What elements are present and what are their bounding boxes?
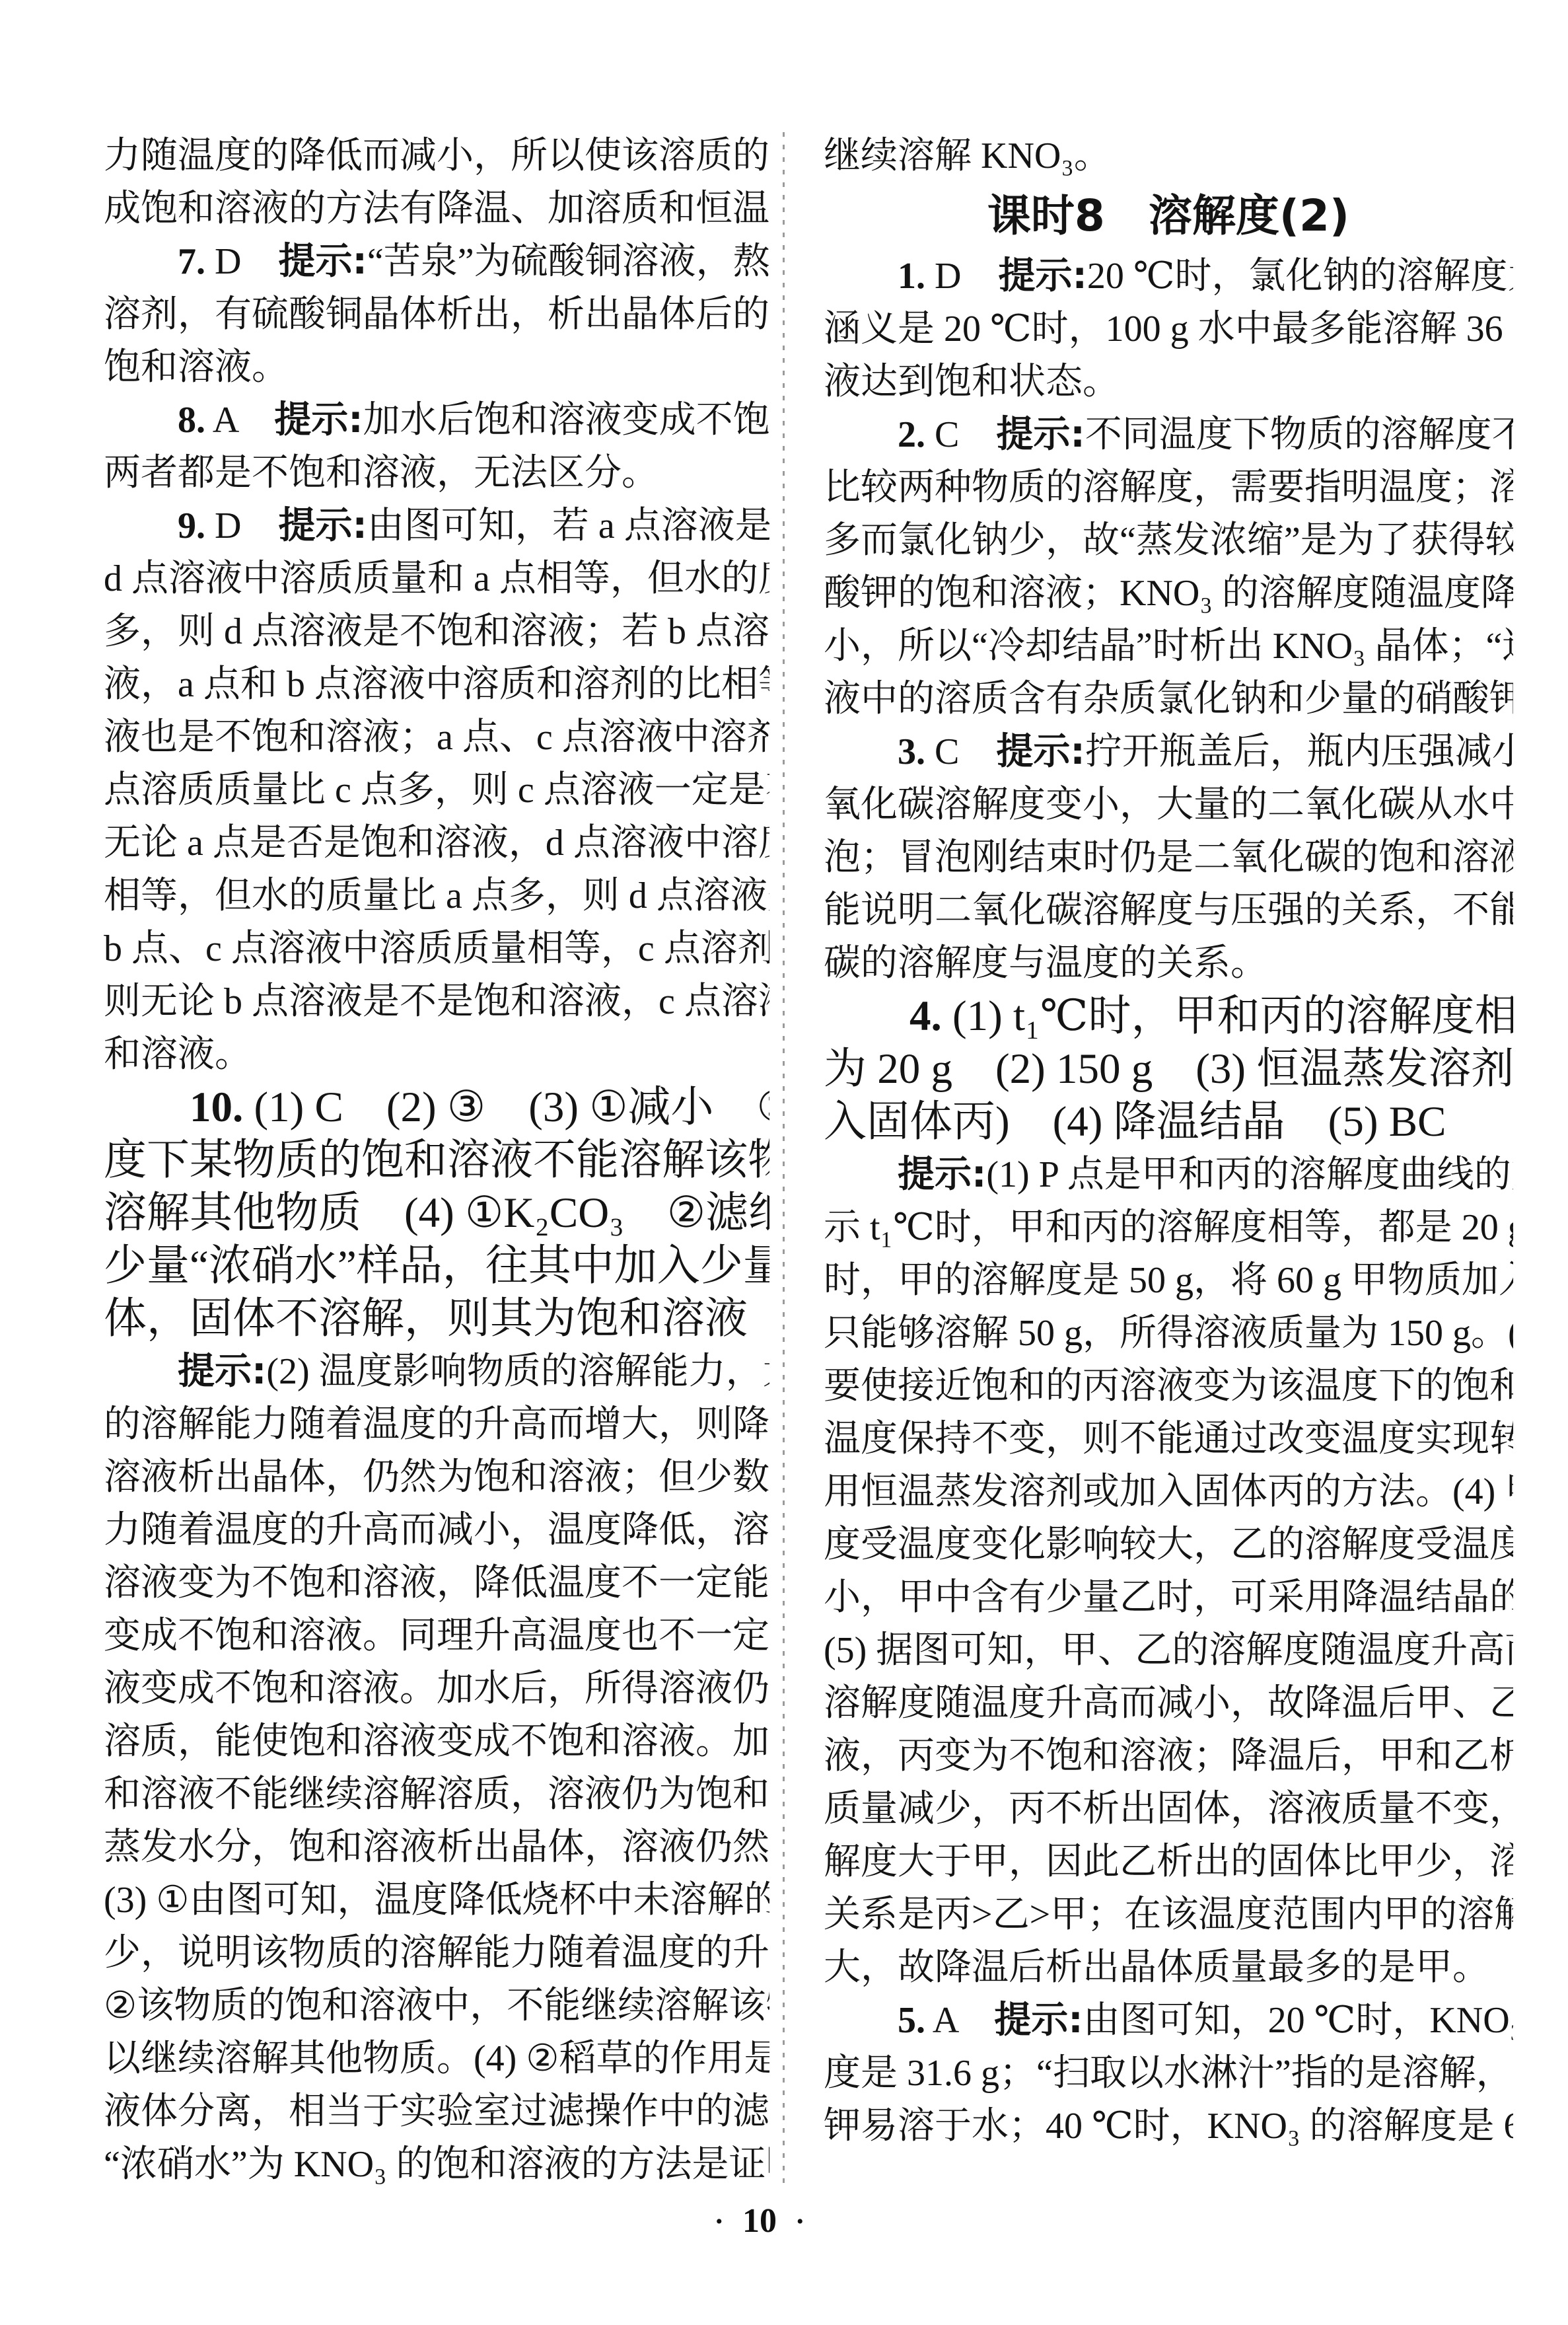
text-run: 体，固体不溶解，则其为饱和溶液 [104,1295,748,1343]
text-run: 溶质，能使饱和溶液变成不饱和溶液。加足量溶质，饱 [104,1721,769,1762]
text-run: 饱和溶液。 [104,347,289,388]
text-line: 无论 a 点是否是饱和溶液，d 点溶液中溶质质量和 a 点 [104,817,769,869]
text-run: 液中的溶质含有杂质氯化钠和少量的硝酸钾。 [824,679,1513,720]
text-line: 液达到饱和状态。 [824,355,1513,408]
right-column: 继续溶解 KNO₃。课时8 溶解度(2)1. D 提示:20 ℃时，氯化钠的溶解… [824,129,1513,2153]
text-run: 力随着温度的升高而减小，温度降低，溶解能力增大， [104,1510,769,1551]
text-run: 度下某物质的饱和溶液不能溶解该物质，但能 [104,1136,769,1184]
text-line: 液变成不饱和溶液。加水后，所得溶液仍能继续溶解 [104,1662,769,1715]
text-line: 涵义是 20 ℃时，100 g 水中最多能溶解 36 g 氯化钠，溶 [824,303,1513,355]
text-run: C [925,731,996,772]
text-run: 加水后饱和溶液变成不饱和溶液， [363,400,769,441]
text-line: 5. A 提示:由图可知，20 ℃时，KNO₃ 的溶解 [824,1994,1513,2047]
text-run: 20 ℃时，氯化钠的溶解度为 36 g，其 [1087,256,1513,297]
text-line: 力随温度的降低而减小，所以使该溶质的不饱和溶液变 [104,129,769,182]
question-number: 7. [178,241,205,282]
text-line: (3) ①由图可知，温度降低烧杯中未溶解的固体溶质减 [104,1874,769,1927]
text-line: 变成不饱和溶液。同理升高温度也不一定能使饱和溶 [104,1609,769,1662]
hint-label: 提示: [178,1350,266,1393]
text-run: 小，所以“冷却结晶”时析出 KNO₃ 晶体；“过滤”所得滤 [824,626,1513,667]
text-run: 继续溶解 KNO₃。 [824,135,1111,176]
text-run: 溶解其他物质 (4) ①K₂CO₃ ②滤纸 ③取 [104,1189,769,1237]
text-run: D [205,241,278,282]
text-line: 时，甲的溶解度是 50 g，将 60 g 甲物质加入 100 g 水中， [824,1254,1513,1307]
text-line: 两者都是不饱和溶液，无法区分。 [104,447,769,499]
question-number: 8. [178,400,205,441]
text-line: 液，a 点和 b 点溶液中溶质和溶剂的比相等，则 a 点溶 [104,658,769,711]
text-run: 的溶解能力随着温度的升高而增大，则降低温度，饱和 [104,1404,769,1445]
text-line: 继续溶解 KNO₃。 [824,129,1513,182]
text-line: 度是 31.6 g；“扫取以水淋汁”指的是溶解，体现了硝酸 [824,2047,1513,2100]
text-line: ②该物质的饱和溶液中，不能继续溶解该物质，但是可 [104,1979,769,2032]
text-run: 涵义是 20 ℃时，100 g 水中最多能溶解 36 g 氯化钠，溶 [824,309,1513,350]
text-line: d 点溶液中溶质质量和 a 点相等，但水的质量比 a 点 [104,552,769,605]
text-run: 为 20 g (2) 150 g (3) 恒温蒸发溶剂(或加 [824,1045,1513,1093]
text-line: 质量减少，丙不析出固体，溶液质量不变，t₁℃时乙的溶 [824,1783,1513,1835]
text-run: 时，甲的溶解度是 50 g，将 60 g 甲物质加入 100 g 水中， [824,1260,1513,1301]
question-number: 9. [178,505,205,546]
text-line: 能说明二氧化碳溶解度与压强的关系，不能说明二氧化 [824,884,1513,937]
text-line: 示 t₁℃时，甲和丙的溶解度相等，都是 20 g。(2) t₂℃ [824,1201,1513,1254]
text-line: 只能够溶解 50 g，所得溶液质量为 150 g。(3) t₂℃时， [824,1307,1513,1360]
text-run: A [925,2000,994,2041]
text-run: b 点、c 点溶液中溶质质量相等，c 点溶剂质量比 b 点多， [104,928,769,969]
text-line: 8. A 提示:加水后饱和溶液变成不饱和溶液， [104,394,769,447]
text-line: 体，固体不溶解，则其为饱和溶液 [104,1292,769,1345]
text-run: 能说明二氧化碳溶解度与压强的关系，不能说明二氧化 [824,890,1513,931]
text-run: 少，说明该物质的溶解能力随着温度的升高而减小。 [104,1933,769,1974]
text-run: 液体分离，相当于实验室过滤操作中的滤纸。③验证 [104,2091,769,2132]
text-line: 大，故降温后析出晶体质量最多的是甲。 [824,1941,1513,1994]
text-run: 由图可知，20 ℃时，KNO₃ 的溶解 [1083,2000,1513,2041]
left-column: 力随温度的降低而减小，所以使该溶质的不饱和溶液变成饱和溶液的方法有降温、加溶质和… [104,129,769,2191]
text-run: (1) P 点是甲和丙的溶解度曲线的交点，表 [986,1154,1513,1195]
text-line: 度受温度变化影响较大，乙的溶解度受温度变化影响较 [824,1518,1513,1571]
text-run: 不同温度下物质的溶解度不同，要 [1085,414,1513,455]
text-line: 和溶液不能继续溶解溶质，溶液仍为饱和溶液。恒温 [104,1768,769,1821]
text-line: 少量“浓硝水”样品，往其中加入少量 KNO₃ 固 [104,1239,769,1292]
text-line: 钾易溶于水；40 ℃时，KNO₃ 的溶解度是 63.9 g，将 70 g [824,2100,1513,2153]
text-line: 饱和溶液。 [104,341,769,394]
hint-label: 提示: [996,730,1085,773]
text-run: (1) C (2) ③ (3) ①减小 ②某温 [243,1084,769,1131]
text-run: (1) t₁℃时，甲和丙的溶解度相等，均 [942,992,1513,1040]
text-line: 7. D 提示:“苦泉”为硫酸铜溶液，熬水为蒸发 [104,235,769,288]
text-run: (3) ①由图可知，温度降低烧杯中未溶解的固体溶质减 [104,1880,769,1921]
book-page: 力随温度的降低而减小，所以使该溶质的不饱和溶液变成饱和溶液的方法有降温、加溶质和… [0,0,1568,2325]
text-run: C [925,414,996,455]
text-run: 变成不饱和溶液。同理升高温度也不一定能使饱和溶 [104,1615,769,1656]
text-run: 比较两种物质的溶解度，需要指明温度；溶液中硝酸钾 [824,467,1513,508]
text-run: 则无论 b 点溶液是不是饱和溶液，c 点溶液一定是不饱 [104,981,769,1022]
question-number: 5. [898,2000,925,2041]
question-number: 3. [898,731,925,772]
text-run: 泡；冒泡刚结束时仍是二氧化碳的饱和溶液；图中现象只 [824,837,1513,878]
text-run: 多而氯化钠少，故“蒸发浓缩”是为了获得较高温度下硝 [824,520,1513,561]
text-line: 液体分离，相当于实验室过滤操作中的滤纸。③验证 [104,2085,769,2138]
text-run: 液变成不饱和溶液。加水后，所得溶液仍能继续溶解 [104,1668,769,1709]
hint-label: 提示: [996,413,1085,456]
text-line: 液也是不饱和溶液；a 点、c 点溶液中溶剂质量相等，a [104,711,769,764]
text-run: 溶剂，有硫酸铜晶体析出，析出晶体后的硫酸铜溶液为 [104,294,769,335]
text-run: 溶解度随温度升高而减小，故降温后甲、乙仍为饱和溶 [824,1683,1513,1724]
text-line: 酸钾的饱和溶液；KNO₃ 的溶解度随温度降低大幅减 [824,567,1513,620]
text-line: b 点、c 点溶液中溶质质量相等，c 点溶剂质量比 b 点多， [104,922,769,975]
text-run: 溶液变为不饱和溶液，降低温度不一定能使饱和溶液 [104,1563,769,1604]
text-run: ②该物质的饱和溶液中，不能继续溶解该物质，但是可 [104,1985,769,2026]
text-run: 度是 31.6 g；“扫取以水淋汁”指的是溶解，体现了硝酸 [824,2053,1513,2094]
text-run: 点溶质质量比 c 点多，则 c 点溶液一定是不饱和溶液； [104,770,769,811]
text-run: 两者都是不饱和溶液，无法区分。 [104,453,659,494]
text-line: 4. (1) t₁℃时，甲和丙的溶解度相等，均 [824,990,1513,1043]
text-run: 度受温度变化影响较大，乙的溶解度受温度变化影响较 [824,1524,1513,1565]
text-line: 相等，但水的质量比 a 点多，则 d 点溶液是不饱和溶液； [104,869,769,922]
text-run: 少量“浓硝水”样品，往其中加入少量 KNO₃ 固 [104,1242,769,1290]
text-run: 液，a 点和 b 点溶液中溶质和溶剂的比相等，则 a 点溶 [104,664,769,705]
footer-dot-left: • [715,2211,723,2233]
text-run: “浓硝水”为 KNO₃ 的饱和溶液的方法是证明其不能再 [104,2144,769,2185]
text-line: 解度大于甲，因此乙析出的固体比甲少，溶液质量大小 [824,1835,1513,1888]
text-run: 氧化碳溶解度变小，大量的二氧化碳从水中逸出，产生气 [824,784,1513,825]
text-run: 质量减少，丙不析出固体，溶液质量不变，t₁℃时乙的溶 [824,1789,1513,1829]
text-line: 蒸发水分，饱和溶液析出晶体，溶液仍然是饱和溶液。 [104,1821,769,1874]
text-line: 溶剂，有硫酸铜晶体析出，析出晶体后的硫酸铜溶液为 [104,288,769,341]
text-run: 只能够溶解 50 g，所得溶液质量为 150 g。(3) t₂℃时， [824,1313,1513,1354]
question-number: 2. [898,414,925,455]
text-run: 成饱和溶液的方法有降温、加溶质和恒温蒸发水。 [104,188,769,229]
hint-label: 提示: [994,1999,1083,2042]
text-run: d 点溶液中溶质质量和 a 点相等，但水的质量比 a 点 [104,558,769,599]
text-run: 液达到饱和状态。 [824,361,1120,402]
hint-label: 提示: [998,254,1087,297]
text-line: “浓硝水”为 KNO₃ 的饱和溶液的方法是证明其不能再 [104,2138,769,2191]
text-run: (2) 温度影响物质的溶解能力，大多数物质 [266,1351,769,1392]
text-line: 多而氯化钠少，故“蒸发浓缩”是为了获得较高温度下硝 [824,514,1513,567]
text-line: 10. (1) C (2) ③ (3) ①减小 ②某温 [104,1081,769,1134]
text-run: 力随温度的降低而减小，所以使该溶质的不饱和溶液变 [104,135,769,176]
text-run: D [205,505,278,546]
text-line: 1. D 提示:20 ℃时，氯化钠的溶解度为 36 g，其 [824,250,1513,303]
text-run: 液也是不饱和溶液；a 点、c 点溶液中溶剂质量相等，a [104,717,769,758]
text-run: 蒸发水分，饱和溶液析出晶体，溶液仍然是饱和溶液。 [104,1827,769,1868]
text-line: 入固体丙) (4) 降温结晶 (5) BC [824,1095,1513,1148]
text-line: 则无论 b 点溶液是不是饱和溶液，c 点溶液一定是不饱 [104,975,769,1028]
text-line: 2. C 提示:不同温度下物质的溶解度不同，要 [824,408,1513,461]
text-run: 用恒温蒸发溶剂或加入固体丙的方法。(4) 甲的溶解 [824,1471,1513,1512]
text-line: (5) 据图可知，甲、乙的溶解度随温度升高而增大，丙的 [824,1624,1513,1677]
question-number: 课时8 溶解度(2) [987,190,1349,241]
text-run: 要使接近饱和的丙溶液变为该温度下的饱和溶液，由于 [824,1366,1513,1407]
text-line: 溶质，能使饱和溶液变成不饱和溶液。加足量溶质，饱 [104,1715,769,1768]
text-line: 3. C 提示:拧开瓶盖后，瓶内压强减小，导致二 [824,725,1513,778]
text-line: 多，则 d 点溶液是不饱和溶液；若 b 点溶液是不饱和溶 [104,605,769,658]
column-divider [783,132,785,2188]
text-line: 要使接近饱和的丙溶液变为该温度下的饱和溶液，由于 [824,1360,1513,1413]
text-run: 小，甲中含有少量乙时，可采用降温结晶的方法提纯甲。 [824,1577,1513,1618]
text-line: 泡；冒泡刚结束时仍是二氧化碳的饱和溶液；图中现象只 [824,831,1513,884]
text-line: 溶解度随温度升高而减小，故降温后甲、乙仍为饱和溶 [824,1677,1513,1730]
text-line: 氧化碳溶解度变小，大量的二氧化碳从水中逸出，产生气 [824,778,1513,831]
question-number: 4. [909,992,942,1040]
question-number: 10. [190,1084,243,1131]
page-number: 10 [742,2202,777,2240]
text-line: 溶液析出晶体，仍然为饱和溶液；但少数物质的溶解能 [104,1451,769,1504]
text-line: 点溶质质量比 c 点多，则 c 点溶液一定是不饱和溶液； [104,764,769,817]
text-run: 入固体丙) (4) 降温结晶 (5) BC [824,1098,1446,1146]
text-run: 和溶液不能继续溶解溶质，溶液仍为饱和溶液。恒温 [104,1774,769,1815]
text-line: 比较两种物质的溶解度，需要指明温度；溶液中硝酸钾 [824,461,1513,514]
text-run: 液，丙变为不饱和溶液；降温后，甲和乙析出固体，溶液 [824,1736,1513,1777]
hint-label: 提示: [278,504,367,547]
text-run: (5) 据图可知，甲、乙的溶解度随温度升高而增大，丙的 [824,1630,1513,1671]
text-run: 溶液析出晶体，仍然为饱和溶液；但少数物质的溶解能 [104,1457,769,1498]
text-run: 解度大于甲，因此乙析出的固体比甲少，溶液质量大小 [824,1841,1513,1882]
page-footer: •10• [0,2201,1519,2240]
text-run: 拧开瓶盖后，瓶内压强减小，导致二 [1085,731,1513,772]
hint-label: 提示: [898,1153,986,1196]
text-run: 无论 a 点是否是饱和溶液，d 点溶液中溶质质量和 a 点 [104,823,769,864]
text-line: 为 20 g (2) 150 g (3) 恒温蒸发溶剂(或加 [824,1043,1513,1095]
text-run: 相等，但水的质量比 a 点多，则 d 点溶液是不饱和溶液； [104,875,769,916]
text-line: 溶液变为不饱和溶液，降低温度不一定能使饱和溶液 [104,1557,769,1609]
text-run: 关系是丙>乙>甲；在该温度范围内甲的溶解度差最 [824,1894,1513,1935]
text-line: 碳的溶解度与温度的关系。 [824,937,1513,990]
text-run: 以继续溶解其他物质。(4) ②稻草的作用是将固体和 [104,2038,769,2079]
text-run: 碳的溶解度与温度的关系。 [824,943,1267,984]
text-run: 由图可知，若 a 点溶液是饱和溶液， [367,505,769,546]
text-line: 度下某物质的饱和溶液不能溶解该物质，但能 [104,1134,769,1187]
text-line: 成饱和溶液的方法有降温、加溶质和恒温蒸发水。 [104,182,769,235]
text-line: 溶解其他物质 (4) ①K₂CO₃ ②滤纸 ③取 [104,1187,769,1239]
text-line: 少，说明该物质的溶解能力随着温度的升高而减小。 [104,1927,769,1979]
text-run: “苦泉”为硫酸铜溶液，熬水为蒸发 [367,241,769,282]
text-line: 9. D 提示:由图可知，若 a 点溶液是饱和溶液， [104,499,769,552]
hint-label: 提示: [278,240,367,283]
text-line: 小，所以“冷却结晶”时析出 KNO₃ 晶体；“过滤”所得滤 [824,620,1513,673]
text-line: 液，丙变为不饱和溶液；降温后，甲和乙析出固体，溶液 [824,1730,1513,1783]
text-run: 大，故降温后析出晶体质量最多的是甲。 [824,1947,1489,1988]
text-line: 液中的溶质含有杂质氯化钠和少量的硝酸钾。 [824,673,1513,725]
hint-label: 提示: [274,398,363,441]
footer-dot-right: • [797,2211,804,2233]
text-line: 用恒温蒸发溶剂或加入固体丙的方法。(4) 甲的溶解 [824,1465,1513,1518]
text-line: 提示:(2) 温度影响物质的溶解能力，大多数物质 [104,1345,769,1398]
text-line: 的溶解能力随着温度的升高而增大，则降低温度，饱和 [104,1398,769,1451]
text-run: 多，则 d 点溶液是不饱和溶液；若 b 点溶液是不饱和溶 [104,611,769,652]
text-run: A [205,400,274,441]
text-line: 关系是丙>乙>甲；在该温度范围内甲的溶解度差最 [824,1888,1513,1941]
text-line: 和溶液。 [104,1028,769,1081]
text-run: 和溶液。 [104,1034,252,1075]
text-line: 力随着温度的升高而减小，温度降低，溶解能力增大， [104,1504,769,1557]
text-run: 酸钾的饱和溶液；KNO₃ 的溶解度随温度降低大幅减 [824,573,1513,614]
section-heading: 课时8 溶解度(2) [824,182,1513,250]
text-run: 示 t₁℃时，甲和丙的溶解度相等，都是 20 g。(2) t₂℃ [824,1207,1513,1248]
text-line: 以继续溶解其他物质。(4) ②稻草的作用是将固体和 [104,2032,769,2085]
text-line: 温度保持不变，则不能通过改变温度实现转化，只可采 [824,1413,1513,1465]
text-run: 温度保持不变，则不能通过改变温度实现转化，只可采 [824,1419,1513,1459]
question-number: 1. [898,256,925,297]
text-run: 钾易溶于水；40 ℃时，KNO₃ 的溶解度是 63.9 g，将 70 g [824,2106,1513,2147]
text-line: 小，甲中含有少量乙时，可采用降温结晶的方法提纯甲。 [824,1571,1513,1624]
text-line: 提示:(1) P 点是甲和丙的溶解度曲线的交点，表 [824,1148,1513,1201]
text-run: D [925,256,998,297]
